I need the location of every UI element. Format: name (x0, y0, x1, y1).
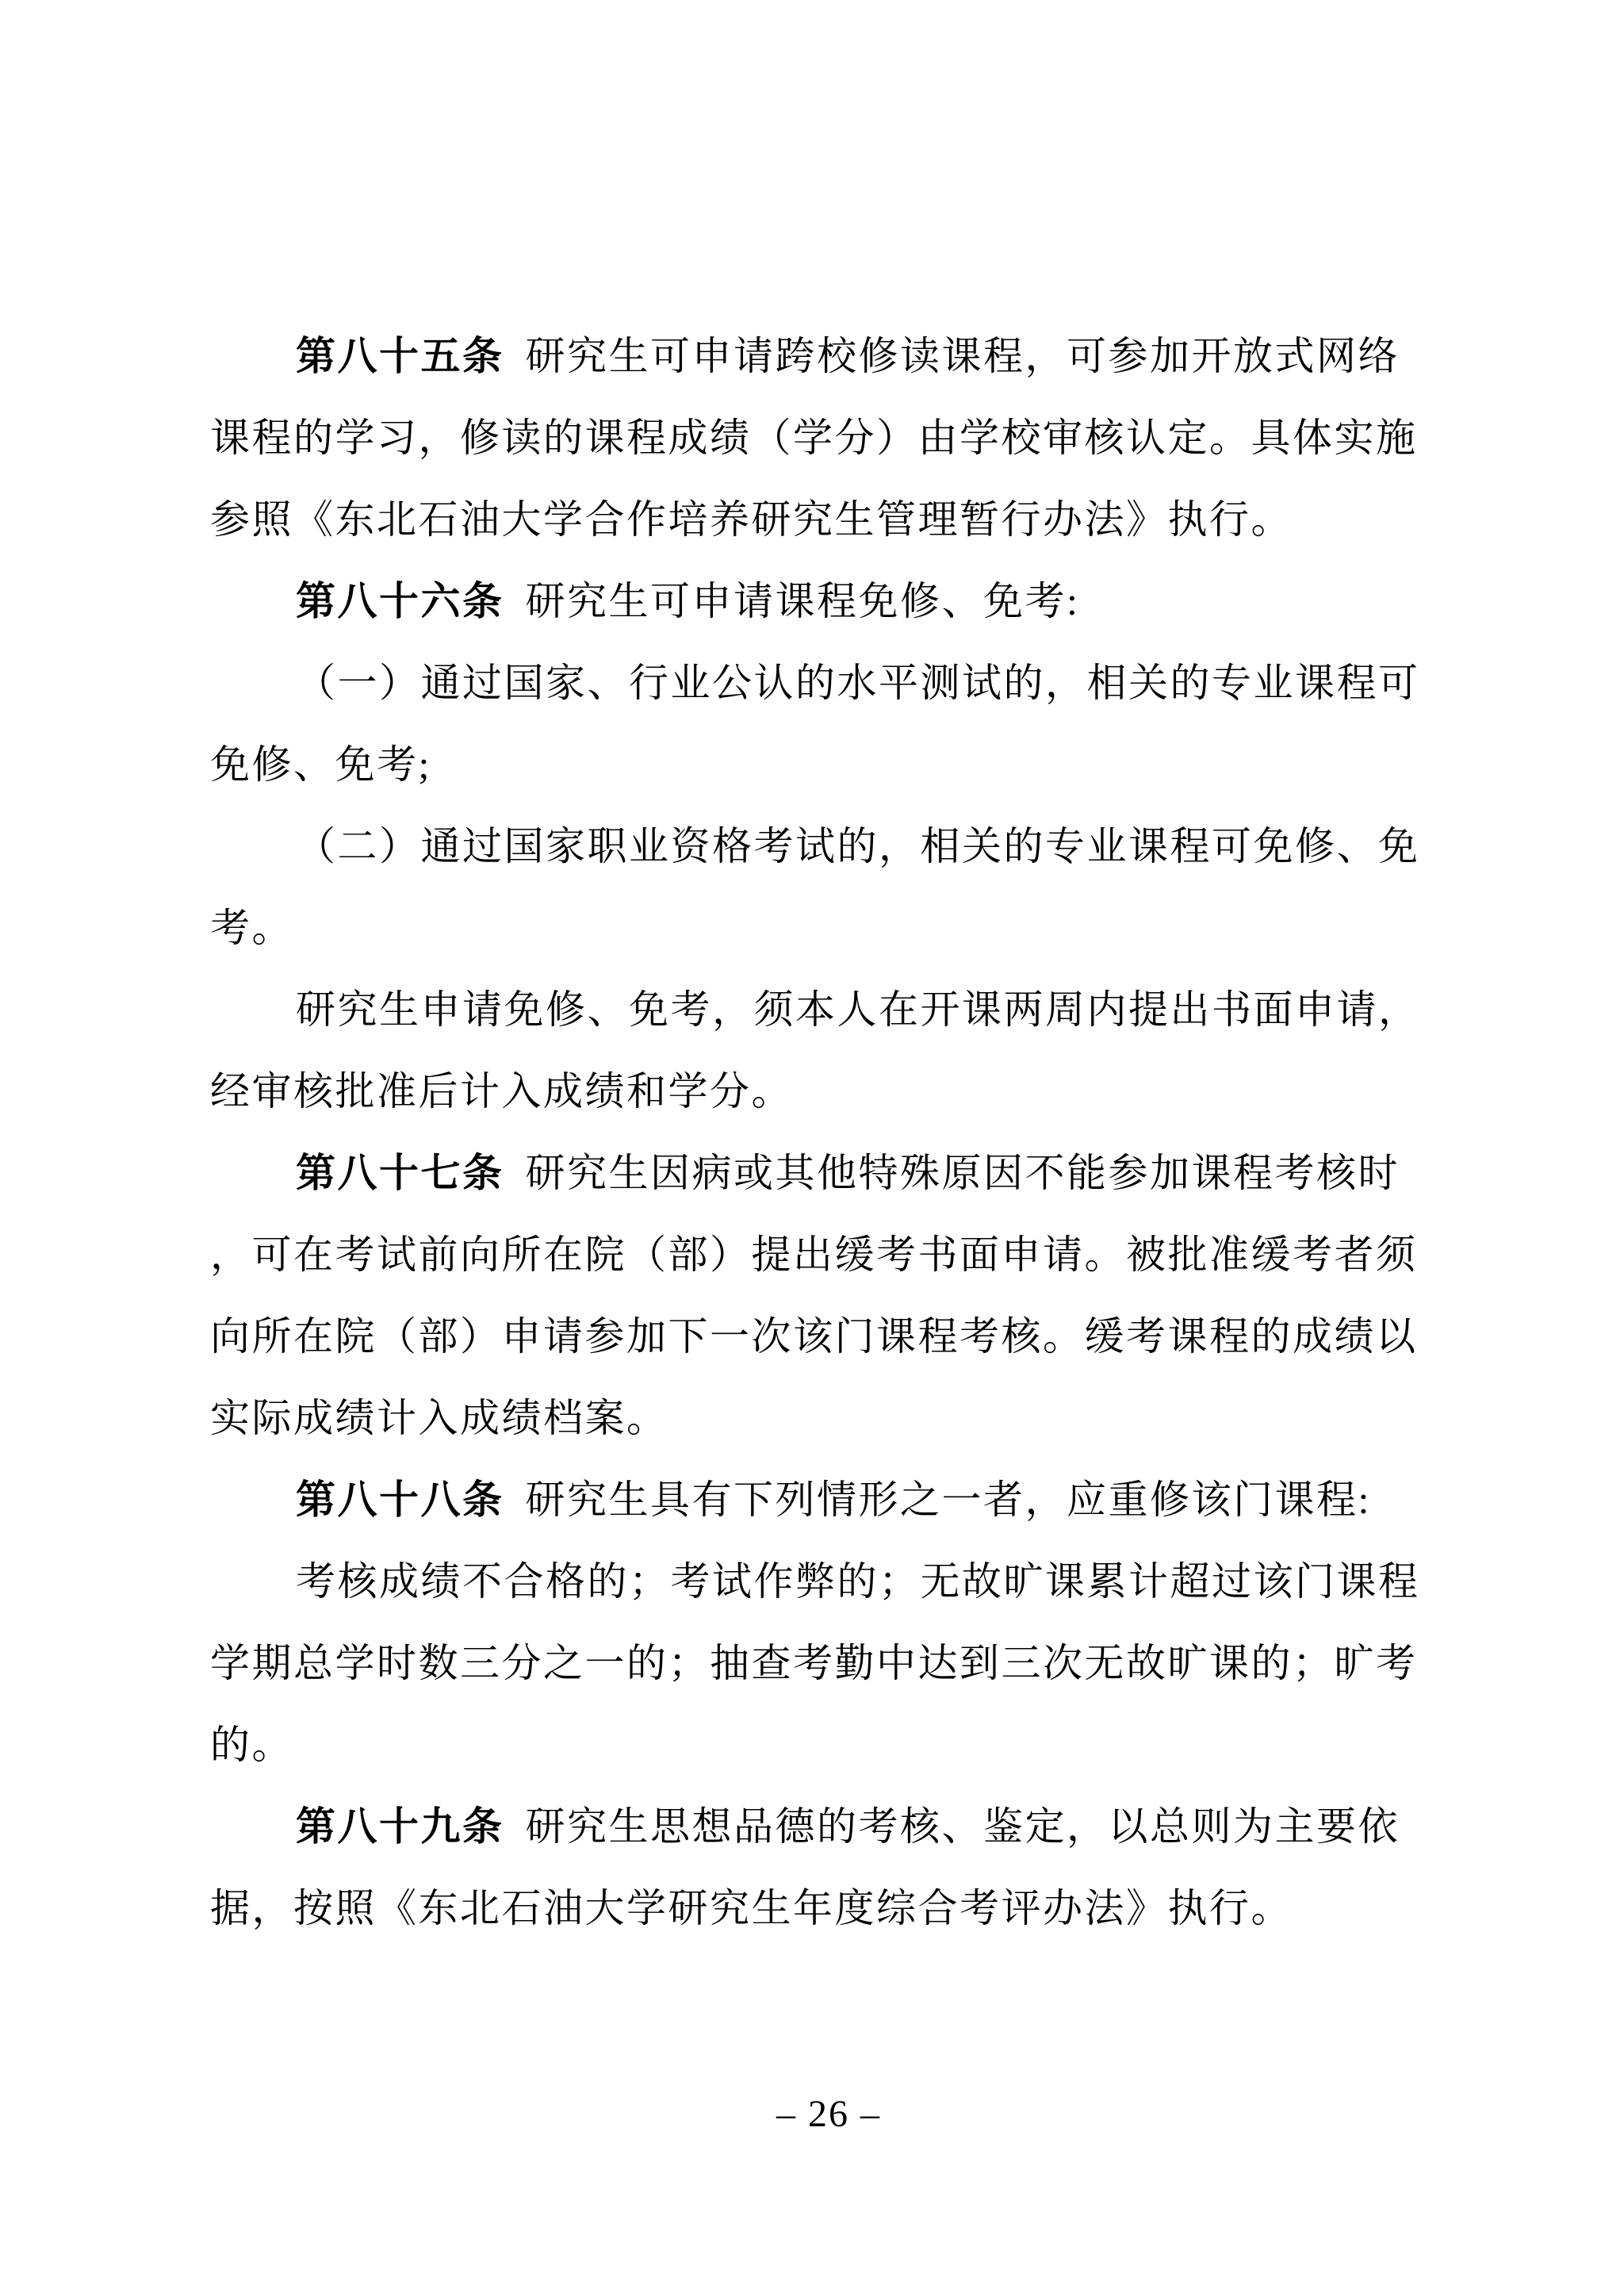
line-text: 的。 (210, 1723, 293, 1767)
article-line: 第八十七条 研究生因病或其他特殊原因不能参加课程考核时 (210, 1133, 1423, 1214)
line-text: 研究生具有下列情形之一者，应重修该门课程: (514, 1478, 1371, 1522)
document-body: 第八十五条 研究生可申请跨校修读课程，可参加开放式网络课程的学习，修读的课程成绩… (210, 316, 1423, 1949)
article-number: 第八十五条 (296, 334, 504, 378)
article-line: 第八十五条 研究生可申请跨校修读课程，可参加开放式网络 (210, 316, 1423, 397)
line-text: （一）通过国家、行业公认的水平测试的，相关的专业课程可 (296, 661, 1420, 705)
text-line: 免修、免考; (210, 724, 1423, 806)
article-number: 第八十八条 (296, 1478, 504, 1522)
line-text: 参照《东北石油大学合作培养研究生管理暂行办法》执行。 (210, 497, 1293, 542)
line-text: 考。 (210, 906, 293, 950)
article-number: 第八十七条 (296, 1151, 504, 1195)
line-text: 课程的学习，修读的课程成绩（学分）由学校审核认定。具体实施 (210, 416, 1418, 460)
line-text: 经审核批准后计入成绩和学分。 (210, 1069, 793, 1114)
text-line: 向所在院（部）申请参加下一次该门课程考核。缓考课程的成绩以 (210, 1296, 1423, 1378)
document-page: 第八十五条 研究生可申请跨校修读课程，可参加开放式网络课程的学习，修读的课程成绩… (0, 0, 1624, 2296)
line-text: ，可在考试前向所在院（部）提出缓考书面申请。被批准缓考者须 (210, 1232, 1418, 1277)
line-text: 研究生可申请跨校修读课程，可参加开放式网络 (514, 334, 1400, 378)
text-line: 研究生申请免修、免考，须本人在开课两周内提出书面申请， (210, 969, 1423, 1051)
line-text: 免修、免考; (210, 742, 431, 787)
text-line: 据，按照《东北石油大学研究生年度综合考评办法》执行。 (210, 1868, 1423, 1949)
text-line: （一）通过国家、行业公认的水平测试的，相关的专业课程可 (210, 642, 1423, 724)
article-number: 第八十九条 (296, 1804, 504, 1849)
line-text: 考核成绩不合格的；考试作弊的；无故旷课累计超过该门课程 (296, 1559, 1420, 1604)
article-line: 第八十六条 研究生可申请课程免修、免考: (210, 561, 1423, 642)
text-line: （二）通过国家职业资格考试的，相关的专业课程可免修、免 (210, 806, 1423, 887)
text-line: 参照《东北石油大学合作培养研究生管理暂行办法》执行。 (210, 479, 1423, 561)
line-text: 研究生思想品德的考核、鉴定，以总则为主要依 (514, 1804, 1400, 1849)
article-line: 第八十九条 研究生思想品德的考核、鉴定，以总则为主要依 (210, 1786, 1423, 1868)
line-text: （二）通过国家职业资格考试的，相关的专业课程可免修、免 (296, 824, 1420, 868)
text-line: 考核成绩不合格的；考试作弊的；无故旷课累计超过该门课程 (210, 1541, 1423, 1623)
text-line: 课程的学习，修读的课程成绩（学分）由学校审核认定。具体实施 (210, 397, 1423, 479)
line-text: 据，按照《东北石油大学研究生年度综合考评办法》执行。 (210, 1886, 1293, 1930)
page-number: – 26 – (17, 2092, 1624, 2137)
line-text: 研究生申请免修、免考，须本人在开课两周内提出书面申请， (296, 987, 1420, 1032)
text-line: 经审核批准后计入成绩和学分。 (210, 1051, 1423, 1133)
text-line: 考。 (210, 887, 1423, 969)
text-line: 的。 (210, 1704, 1423, 1786)
text-line: 实际成绩计入成绩档案。 (210, 1378, 1423, 1459)
article-line: 第八十八条 研究生具有下列情形之一者，应重修该门课程: (210, 1459, 1423, 1541)
text-line: ，可在考试前向所在院（部）提出缓考书面申请。被批准缓考者须 (210, 1214, 1423, 1296)
line-text: 研究生因病或其他特殊原因不能参加课程考核时 (514, 1151, 1400, 1195)
article-number: 第八十六条 (296, 579, 504, 623)
line-text: 向所在院（部）申请参加下一次该门课程考核。缓考课程的成绩以 (210, 1314, 1418, 1359)
line-text: 研究生可申请课程免修、免考: (514, 579, 1080, 623)
line-text: 实际成绩计入成绩档案。 (210, 1396, 668, 1440)
line-text: 学期总学时数三分之一的；抽查考勤中达到三次无故旷课的；旷考 (210, 1641, 1418, 1685)
text-line: 学期总学时数三分之一的；抽查考勤中达到三次无故旷课的；旷考 (210, 1623, 1423, 1704)
